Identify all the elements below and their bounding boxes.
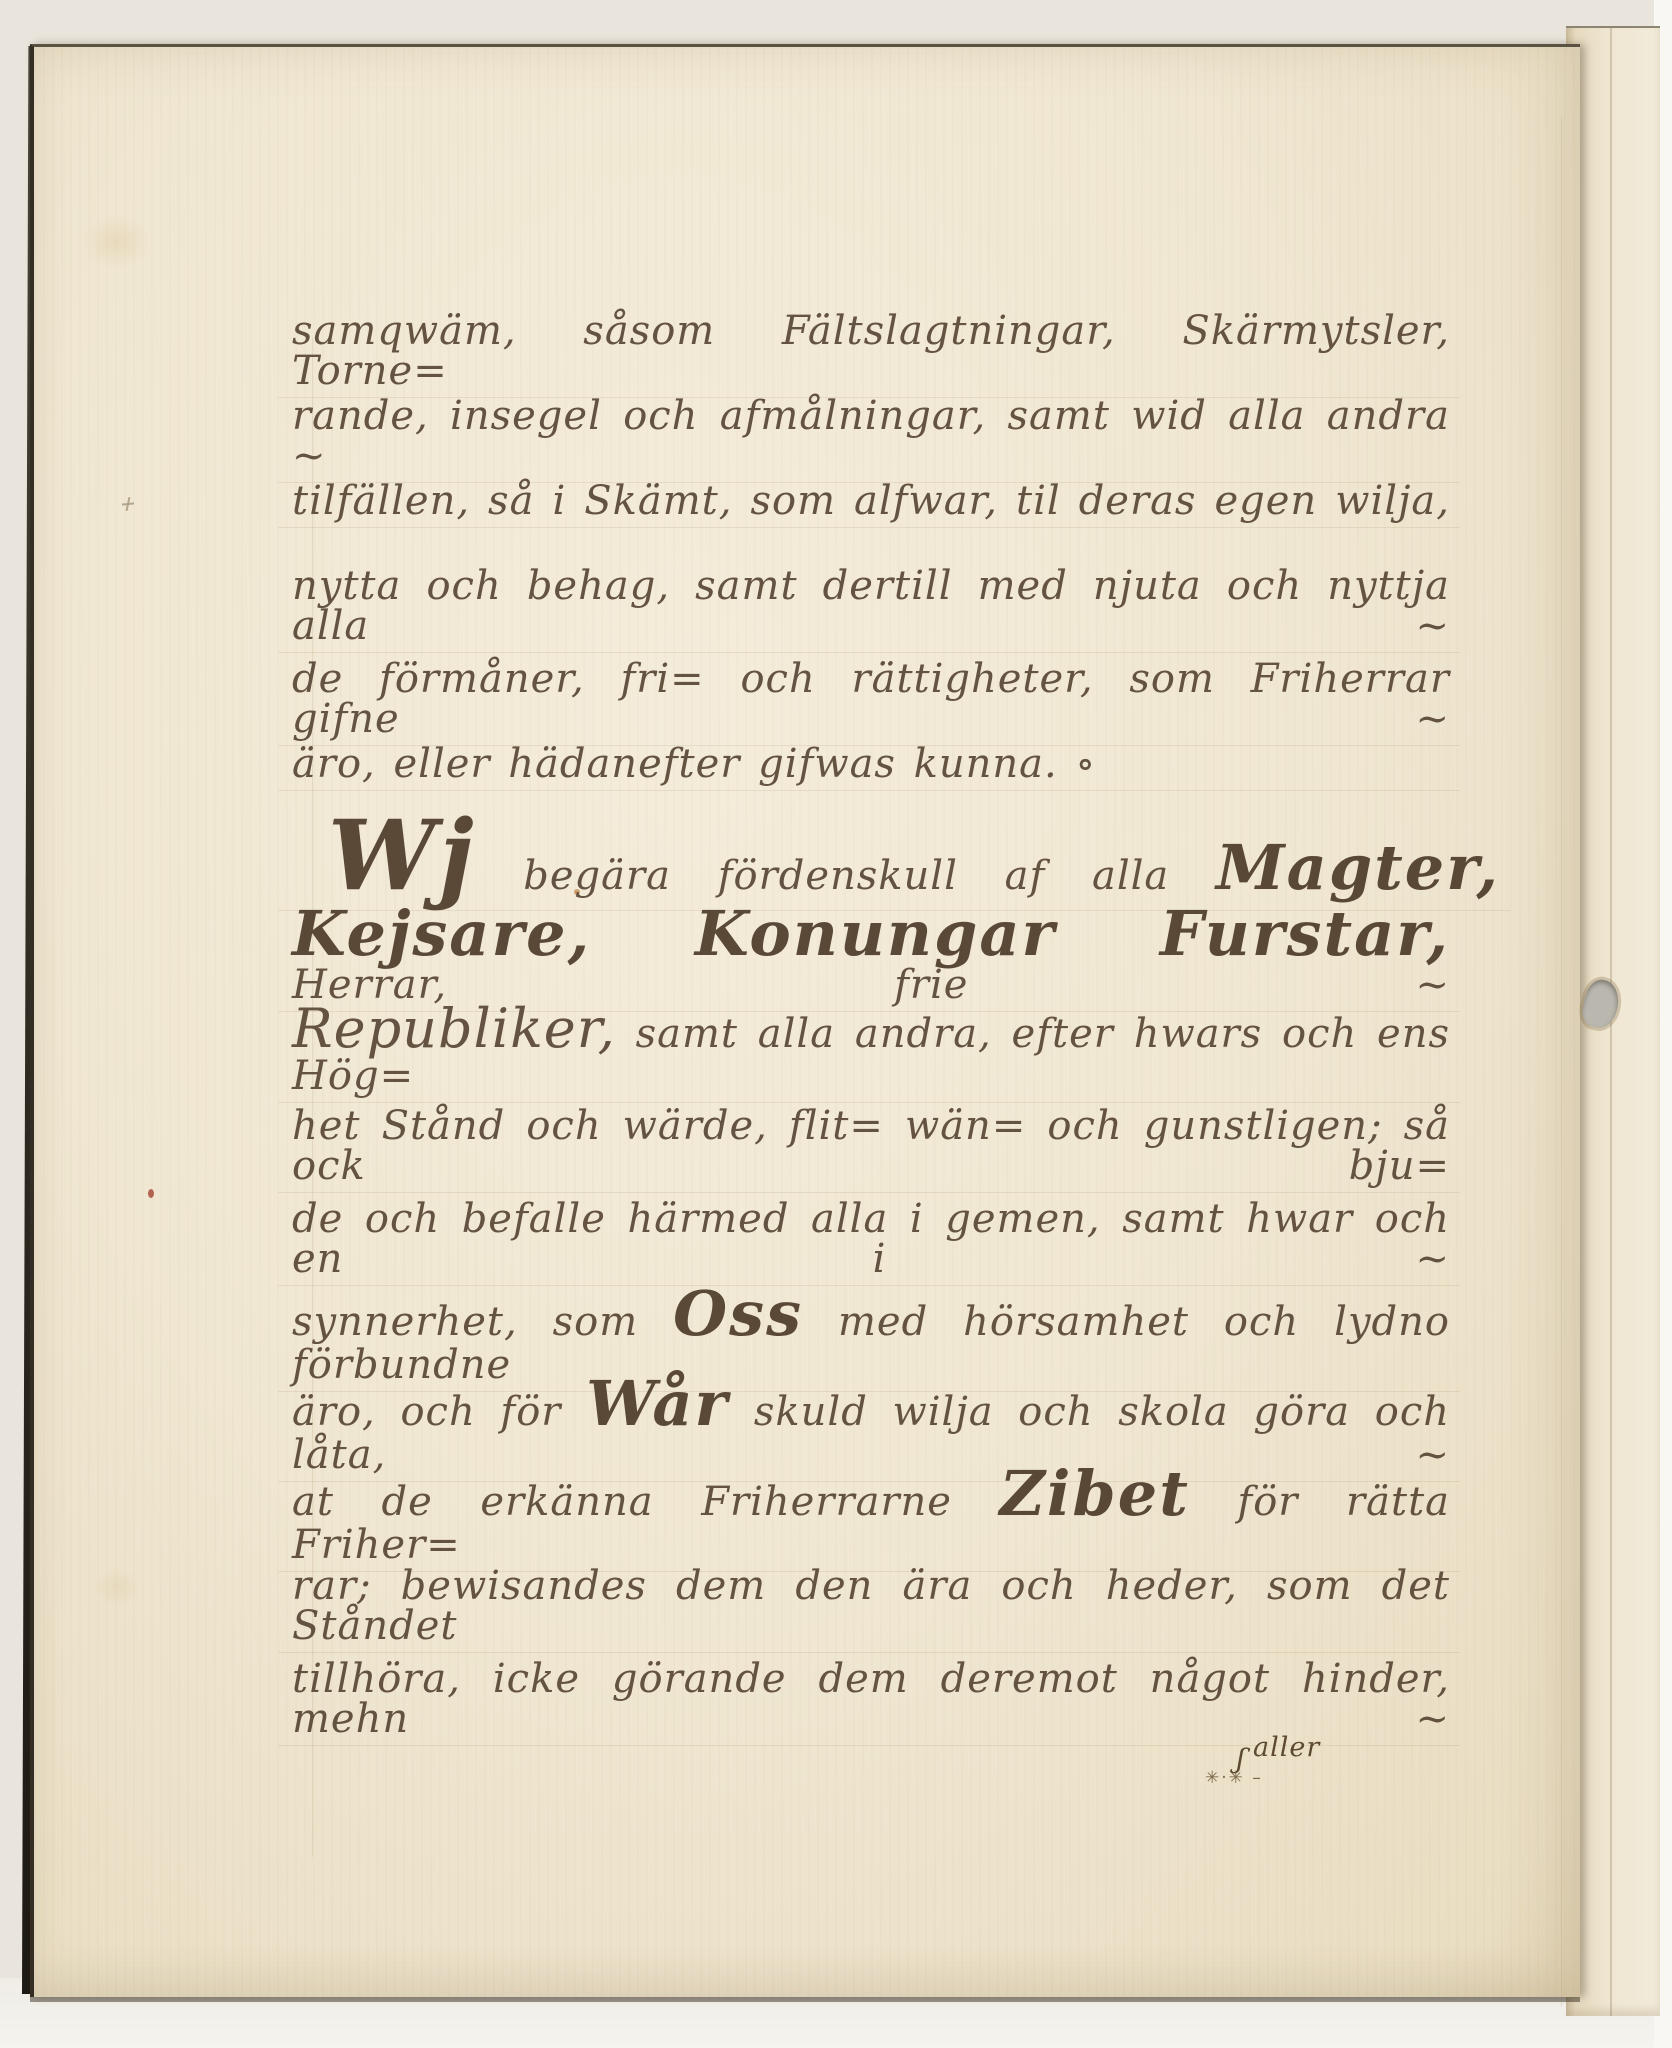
text-line: de förmåner, fri= och rättigheter, som F…: [292, 659, 1450, 739]
text-line: Kejsare, Konungar Furstar, Herrar, frie …: [292, 903, 1450, 1005]
text-line: Republiker, samt alla andra, efter hwars…: [292, 1002, 1450, 1096]
text-segment: de förmåner, fri= och rättigheter, som F…: [292, 656, 1450, 742]
text-line: de och befalle härmed alla i gemen, samt…: [292, 1199, 1450, 1279]
text-segment: Republiker,: [292, 997, 616, 1060]
text-segment: Wår: [586, 1367, 729, 1440]
text-segment: Oss: [673, 1277, 803, 1350]
text-segment: synnerhet, som: [292, 1299, 673, 1345]
text-segment: begära fördenskull af alla: [477, 853, 1216, 899]
text-line: Wj begära fördenskull af alla Magter,: [292, 808, 1500, 904]
text-line: tillhöra, icke görande dem deremot något…: [292, 1659, 1450, 1739]
text-segment: tillhöra, icke görande dem deremot något…: [292, 1656, 1450, 1742]
text-line: at de erkänna Friherrarne Zibet för rätt…: [292, 1463, 1450, 1565]
text-segment: Zibet: [1000, 1457, 1190, 1530]
text-segment: Kejsare, Konungar Furstar,: [292, 897, 1450, 970]
text-segment: nytta och behag, samt dertill med njuta …: [292, 563, 1450, 649]
text-segment: äro, eller hädanefter gifwas kunna. ∘: [292, 741, 1096, 787]
catchword: aller: [1253, 1732, 1320, 1763]
floral-ornament-icon: ✳·✳ –: [1205, 1768, 1263, 1788]
text-line: rar; bewisandes dem den ära och heder, s…: [292, 1566, 1450, 1646]
text-segment: äro, och för: [292, 1389, 586, 1435]
text-line: äro, eller hädanefter gifwas kunna. ∘: [292, 744, 1450, 784]
text-segment: de och befalle härmed alla i gemen, samt…: [292, 1196, 1450, 1282]
text-line: rande, insegel och afmålningar, samt wid…: [292, 396, 1450, 476]
text-line: äro, och för Wår skuld wilja och skola g…: [292, 1373, 1450, 1475]
text-segment: at de erkänna Friherrarne: [292, 1479, 1000, 1525]
text-segment: Wj: [328, 799, 477, 912]
text-line: nytta och behag, samt dertill med njuta …: [292, 566, 1450, 646]
text-segment: het Stånd och wärde, flit= wän= och guns…: [292, 1103, 1450, 1189]
text-segment: Magter,: [1216, 831, 1500, 904]
text-segment: samqwäm, såsom Fältslagtningar, Skärmyts…: [292, 308, 1450, 394]
text-line: synnerhet, som Oss med hörsamhet och lyd…: [292, 1283, 1450, 1385]
text-segment: rande, insegel och afmålningar, samt wid…: [292, 393, 1450, 479]
text-line: samqwäm, såsom Fältslagtningar, Skärmyts…: [292, 311, 1450, 391]
manuscript-text: samqwäm, såsom Fältslagtningar, Skärmyts…: [0, 0, 1672, 2048]
text-segment: tilfällen, så i Skämt, som alfwar, til d…: [292, 478, 1450, 524]
text-segment: rar; bewisandes dem den ära och heder, s…: [292, 1563, 1450, 1649]
manuscript-photo: samqwäm, såsom Fältslagtningar, Skärmyts…: [0, 0, 1672, 2048]
text-line: het Stånd och wärde, flit= wän= och guns…: [292, 1106, 1450, 1186]
text-line: tilfällen, så i Skämt, som alfwar, til d…: [292, 481, 1450, 521]
